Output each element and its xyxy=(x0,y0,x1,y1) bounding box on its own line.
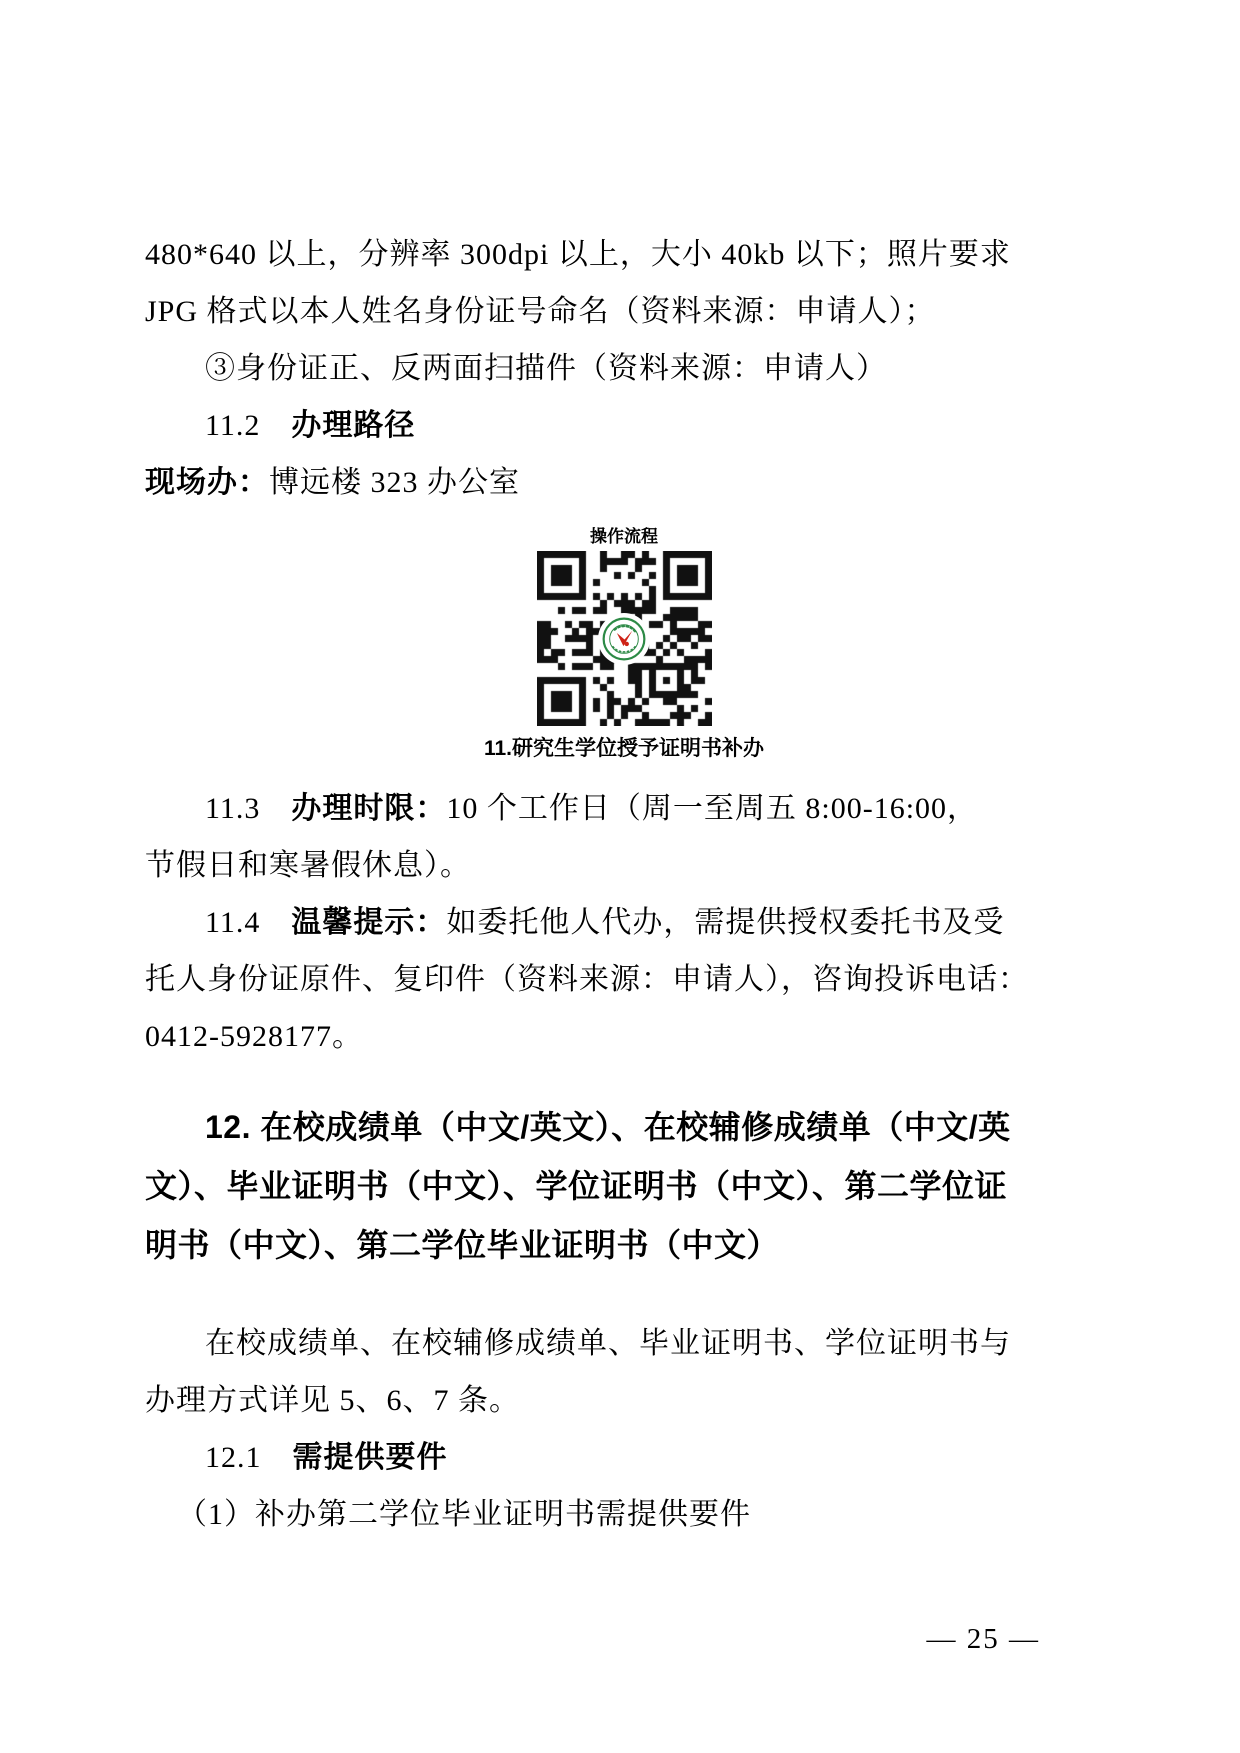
text: 在校成绩单、在校辅修成绩单、毕业证明书、学位证明书与 xyxy=(205,1327,1011,1360)
text: 节假日和寒暑假休息）。 xyxy=(145,849,471,882)
bold-text: 温馨提示： xyxy=(291,906,446,939)
bold-text: 现场办： xyxy=(145,466,269,499)
text-line: JPG 格式以本人姓名身份证号命名（资料来源：申请人）； xyxy=(145,283,1103,340)
text: 480*640 以上，分辨率 300dpi 以上，大小 40kb 以下；照片要求 xyxy=(145,238,1011,271)
page-number: — 25 — xyxy=(927,1622,1041,1656)
text-line: 托人身份证原件、复印件（资料来源：申请人），咨询投诉电话： xyxy=(145,951,1103,1008)
text: JPG 格式以本人姓名身份证号命名（资料来源：申请人）； xyxy=(145,295,936,328)
qr-caption: 11.研究生学位授予证明书补办 xyxy=(145,735,1103,763)
text: 12.1 xyxy=(205,1441,293,1474)
qr-figure: 操作流程 11.研究生学位授予证明书补办 xyxy=(145,525,1103,763)
bold-text: 明书（中文）、第二学位毕业证明书（中文） xyxy=(145,1227,779,1263)
paragraph-block: 480*640 以上，分辨率 300dpi 以上，大小 40kb 以下；照片要求… xyxy=(145,226,1103,511)
text-line: 文）、毕业证明书（中文）、学位证明书（中文）、第二学位证 xyxy=(145,1157,1103,1216)
text: 0412-5928177。 xyxy=(145,1020,363,1053)
text-line: 480*640 以上，分辨率 300dpi 以上，大小 40kb 以下；照片要求 xyxy=(145,226,1103,283)
document-page: 480*640 以上，分辨率 300dpi 以上，大小 40kb 以下；照片要求… xyxy=(0,0,1240,1753)
text: ③身份证正、反两面扫描件（资料来源：申请人） xyxy=(205,352,887,385)
document-content: 480*640 以上，分辨率 300dpi 以上，大小 40kb 以下；照片要求… xyxy=(145,226,1103,1543)
university-logo xyxy=(598,613,650,665)
university-logo-icon xyxy=(602,617,646,661)
text-line: ③身份证正、反两面扫描件（资料来源：申请人） xyxy=(145,340,1103,397)
text-line: 11.4 温馨提示：如委托他人代办，需提供授权委托书及受 xyxy=(145,894,1103,951)
text-line: 12.1 需提供要件 xyxy=(145,1429,1103,1486)
text: 10 个工作日（周一至周五 8:00-16:00， xyxy=(446,792,978,825)
text: 11.4 xyxy=(205,906,291,939)
qr-figure-label: 操作流程 xyxy=(145,525,1103,549)
text: 托人身份证原件、复印件（资料来源：申请人），咨询投诉电话： xyxy=(145,963,1029,996)
text: 11.2 xyxy=(205,409,291,442)
text: 如委托他人代办，需提供授权委托书及受 xyxy=(446,906,1004,939)
paragraph-block: 在校成绩单、在校辅修成绩单、毕业证明书、学位证明书与办理方式详见 5、6、7 条… xyxy=(145,1315,1103,1543)
bold-text: 文）、毕业证明书（中文）、学位证明书（中文）、第二学位证 xyxy=(145,1168,1007,1204)
bold-text: 办理路径 xyxy=(291,409,415,442)
text-line: 11.3 办理时限：10 个工作日（周一至周五 8:00-16:00， xyxy=(145,780,1103,837)
text: （1）补办第二学位毕业证明书需提供要件 xyxy=(177,1498,751,1531)
text: 11.3 xyxy=(205,792,291,825)
text-line: 0412-5928177。 xyxy=(145,1008,1103,1065)
bold-text: 办理时限： xyxy=(291,792,446,825)
section-heading: 12. 在校成绩单（中文/英文）、在校辅修成绩单（中文/英文）、毕业证明书（中文… xyxy=(145,1098,1103,1275)
bold-text: 需提供要件 xyxy=(293,1441,448,1474)
text-line: 12. 在校成绩单（中文/英文）、在校辅修成绩单（中文/英 xyxy=(145,1098,1103,1157)
bold-text: 12. 在校成绩单（中文/英文）、在校辅修成绩单（中文/英 xyxy=(205,1109,1011,1145)
text-line: 11.2 办理路径 xyxy=(145,397,1103,454)
text-line: 明书（中文）、第二学位毕业证明书（中文） xyxy=(145,1216,1103,1275)
text-line: （1）补办第二学位毕业证明书需提供要件 xyxy=(145,1486,1103,1543)
paragraph-block: 11.3 办理时限：10 个工作日（周一至周五 8:00-16:00，节假日和寒… xyxy=(145,780,1103,1065)
qr-code xyxy=(537,551,712,726)
text-line: 现场办：博远楼 323 办公室 xyxy=(145,454,1103,511)
text: 博远楼 323 办公室 xyxy=(269,466,520,499)
text-line: 在校成绩单、在校辅修成绩单、毕业证明书、学位证明书与 xyxy=(145,1315,1103,1372)
text-line: 办理方式详见 5、6、7 条。 xyxy=(145,1372,1103,1429)
text: 办理方式详见 5、6、7 条。 xyxy=(145,1384,520,1417)
text-line: 节假日和寒暑假休息）。 xyxy=(145,837,1103,894)
